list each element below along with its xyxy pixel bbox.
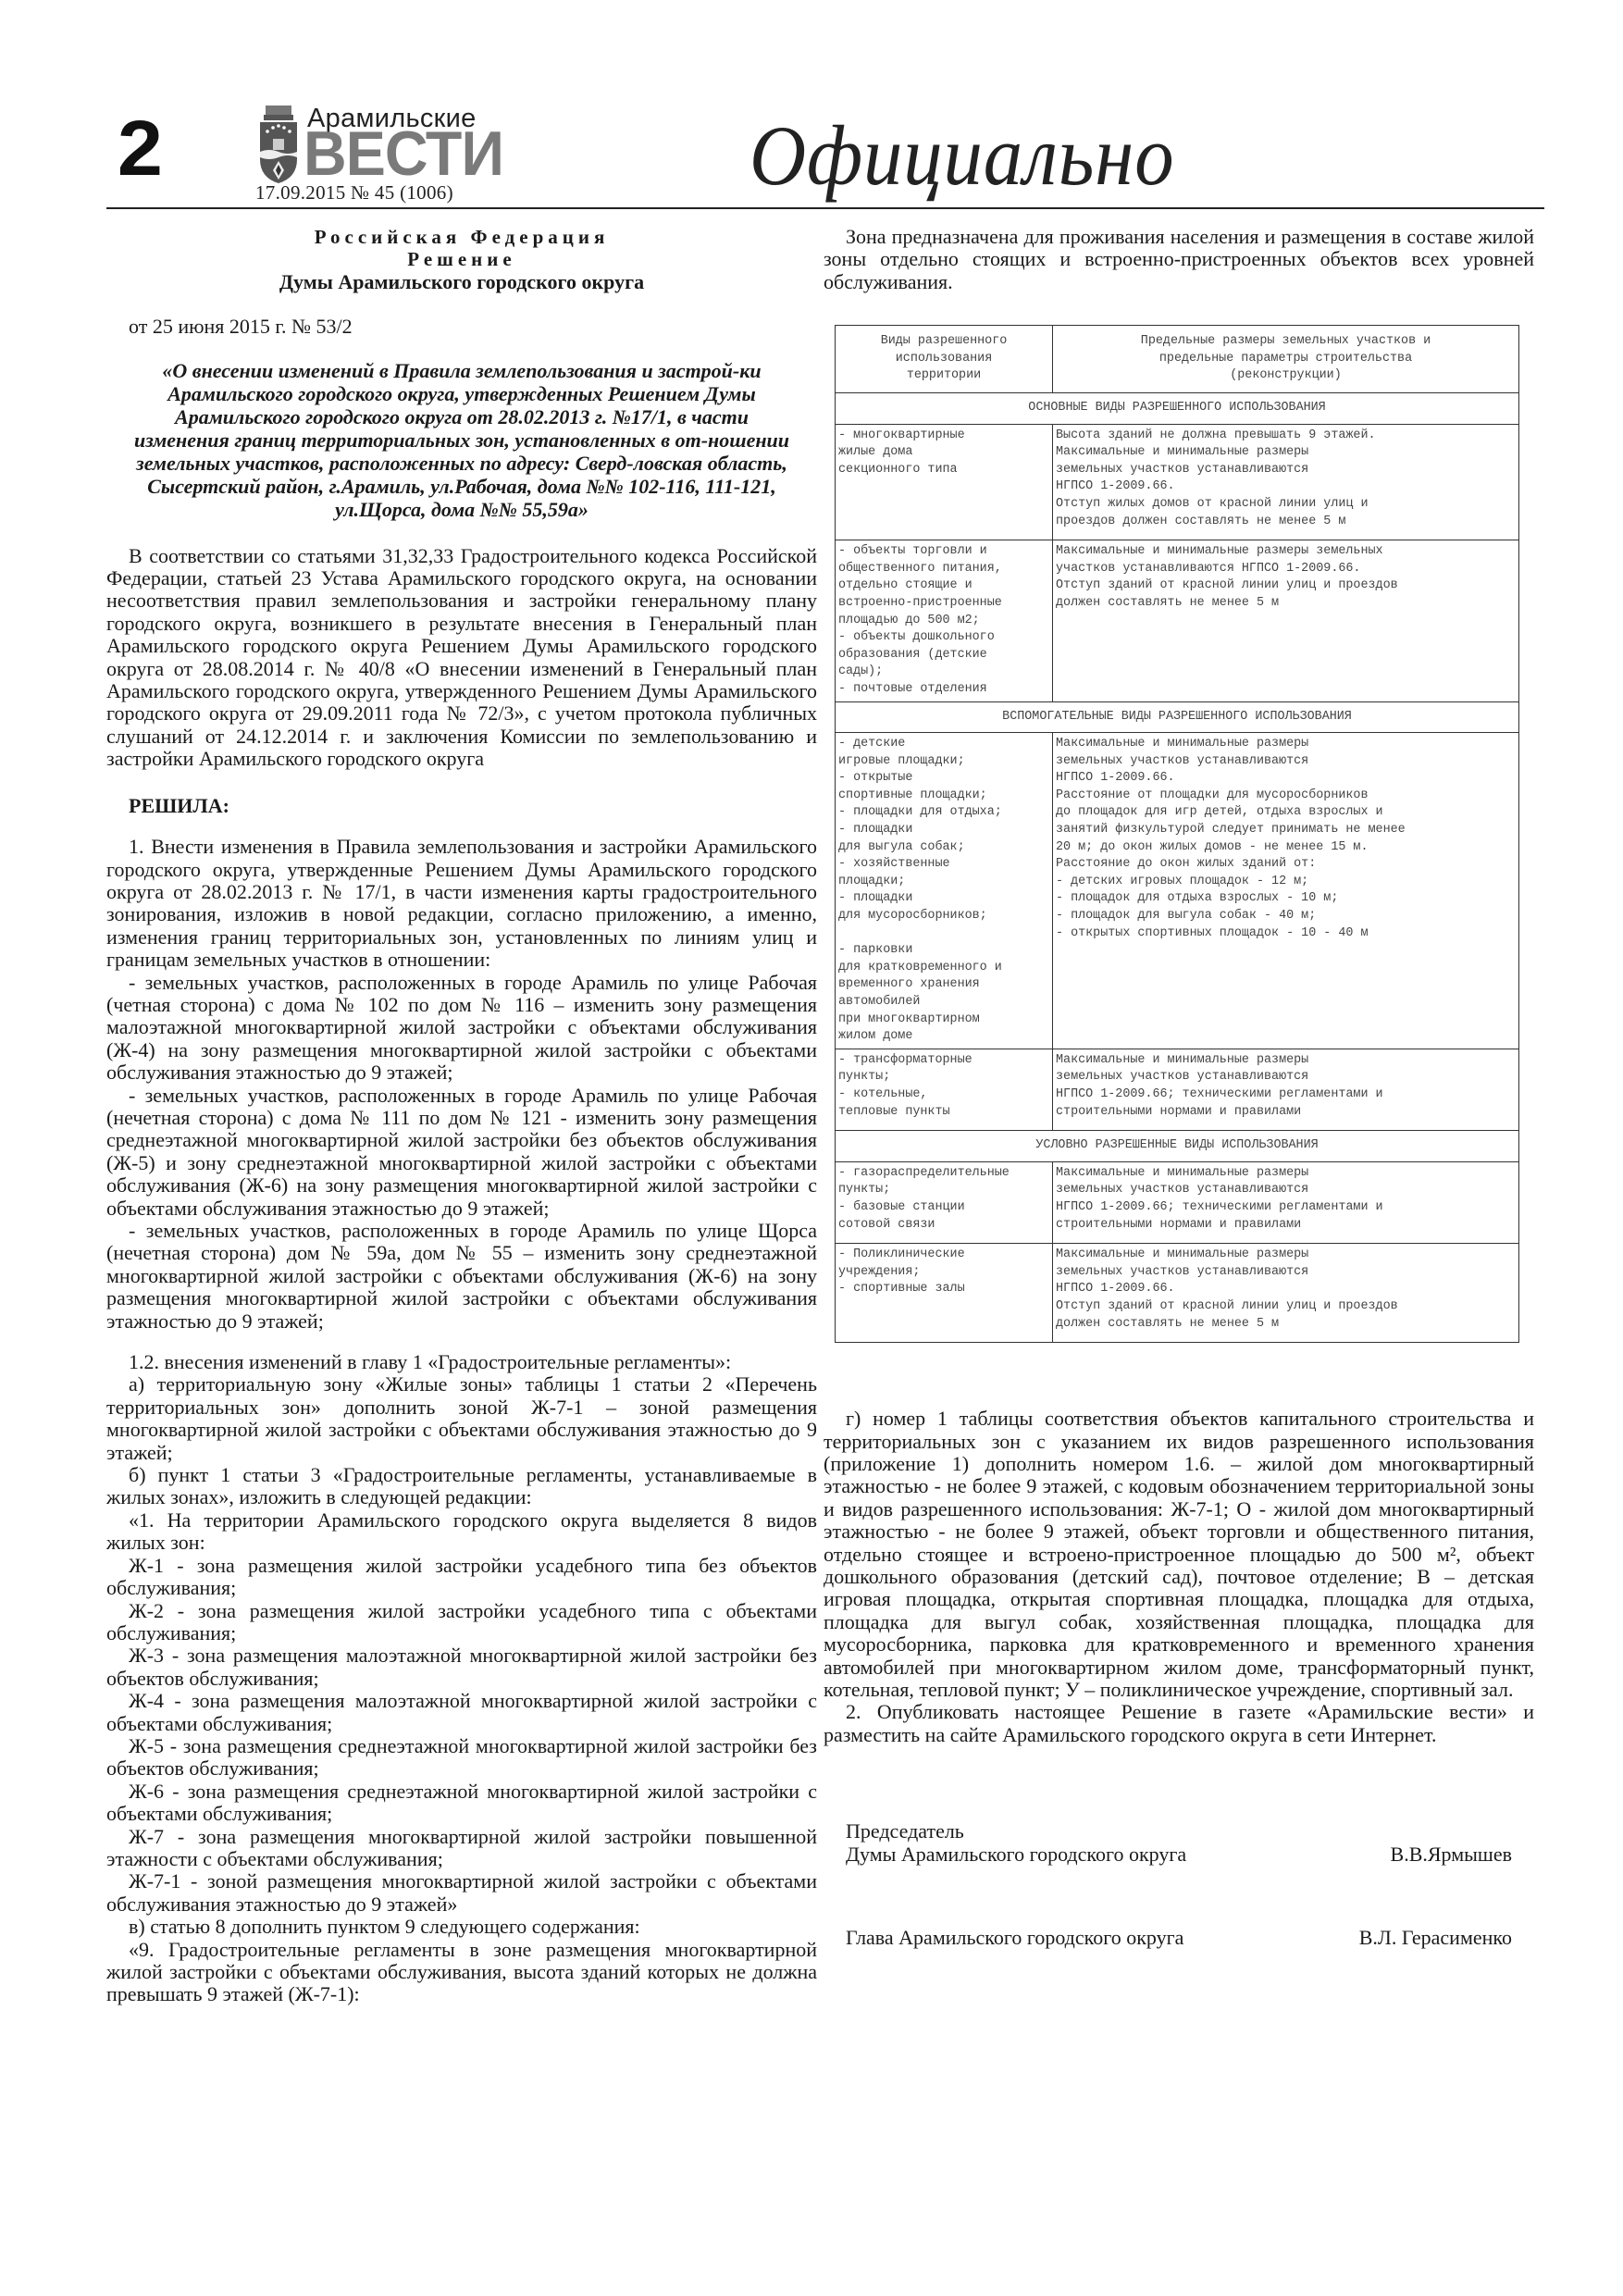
section-title: Официально (750, 109, 1174, 202)
item-a: а) территориальную зону «Жилые зоны» таб… (106, 1373, 817, 1464)
table-row: - объекты торговли и общественного питан… (836, 540, 1519, 701)
table-cell-use: - Поликлинические учреждения; - спортивн… (836, 1244, 1053, 1343)
table-cell-params: Максимальные и минимальные размеры земел… (1053, 1161, 1519, 1243)
table-cell-params: Максимальные и минимальные размеры земел… (1053, 1244, 1519, 1343)
table-section-row: ОСНОВНЫЕ ВИДЫ РАЗРЕШЕННОГО ИСПОЛЬЗОВАНИЯ (836, 393, 1519, 425)
table-row: - Поликлинические учреждения; - спортивн… (836, 1244, 1519, 1343)
left-column: Российская Федерация Решение Думы Арамил… (106, 226, 817, 2006)
header-duma: Думы Арамильского городского округа (106, 271, 817, 293)
table-row: - трансформаторные пункты; - котельные, … (836, 1049, 1519, 1130)
signature-title: Глава Арамильского городского округа (846, 1927, 1183, 1949)
signature-head: Глава Арамильского городского округа В.Л… (846, 1927, 1534, 1949)
zone-item: Ж-3 - зона размещения малоэтажной многок… (106, 1644, 817, 1690)
header-rule (106, 207, 1544, 209)
table-row: - многоквартирные жилые дома секционного… (836, 424, 1519, 540)
table-header-cell: Виды разрешенного использования территор… (836, 326, 1053, 393)
page-number: 2 (118, 109, 163, 187)
item-1-bullet: - земельных участков, расположенных в го… (106, 1085, 817, 1220)
table-cell-use: - детские игровые площадки; - открытые с… (836, 733, 1053, 1049)
signature-name: В.В.Ярмышев (1391, 1843, 1512, 1866)
preamble: В соответствии со статьями 31,32,33 Град… (106, 545, 817, 771)
item-v-text: «9. Градостроительные регламенты в зоне … (106, 1939, 817, 2006)
item-v: в) статью 8 дополнить пунктом 9 следующе… (106, 1916, 817, 1938)
table-section-row: ВСПОМОГАТЕЛЬНЫЕ ВИДЫ РАЗРЕШЕННОГО ИСПОЛЬ… (836, 701, 1519, 733)
resolved-heading: РЕШИЛА: (129, 795, 817, 817)
header-federation: Российская Федерация (106, 226, 817, 248)
item-1: 1. Внести изменения в Правила землепольз… (106, 836, 817, 971)
item-b: б) пункт 1 статьи 3 «Градостроительные р… (106, 1464, 817, 1509)
decree-title: «О внесении изменений в Правила землепол… (106, 359, 817, 521)
table-cell-params: Высота зданий не должна превышать 9 этаж… (1053, 424, 1519, 540)
zone-item: Ж-1 - зона размещения жилой застройки ус… (106, 1555, 817, 1600)
zone-item: Ж-5 - зона размещения среднеэтажной мног… (106, 1735, 817, 1781)
table-cell-params: Максимальные и минимальные размеры земел… (1053, 733, 1519, 1049)
zone-purpose: Зона предназначена для проживания населе… (824, 226, 1534, 293)
right-column: Зона предназначена для проживания населе… (824, 226, 1534, 1949)
zone-item: Ж-6 - зона размещения среднеэтажной мног… (106, 1781, 817, 1826)
table-cell-use: - газораспределительные пункты; - базовы… (836, 1161, 1053, 1243)
issue-date-number: 17.09.2015 № 45 (1006) (255, 181, 453, 205)
zone-item: Ж-2 - зона размещения жилой застройки ус… (106, 1600, 817, 1645)
coat-of-arms-icon (256, 104, 301, 185)
item-2: 2. Опубликовать настоящее Решение в газе… (824, 1701, 1534, 1746)
item-b-intro: «1. На территории Арамильского городског… (106, 1509, 817, 1555)
regulations-table: Виды разрешенного использования территор… (835, 325, 1519, 1343)
signature-name: В.Л. Герасименко (1359, 1927, 1512, 1949)
table-cell-params: Максимальные и минимальные размеры земел… (1053, 1049, 1519, 1130)
item-1-bullet: - земельных участков, расположенных в го… (106, 1220, 817, 1333)
table-header-cell: Предельные размеры земельных участков и … (1053, 326, 1519, 393)
signature-title: Председатель (846, 1820, 1534, 1843)
zone-item: Ж-7 - зона размещения многоквартирной жи… (106, 1826, 817, 1871)
header-decision: Решение (106, 248, 817, 270)
table-cell-use: - объекты торговли и общественного питан… (836, 540, 1053, 701)
table-section-title: ОСНОВНЫЕ ВИДЫ РАЗРЕШЕННОГО ИСПОЛЬЗОВАНИЯ (836, 393, 1519, 425)
table-row: - детские игровые площадки; - открытые с… (836, 733, 1519, 1049)
table-row: - газораспределительные пункты; - базовы… (836, 1161, 1519, 1243)
signature-chairman: Председатель Думы Арамильского городског… (846, 1820, 1534, 1866)
item-1-2: 1.2. внесения изменений в главу 1 «Градо… (106, 1351, 817, 1373)
item-1-bullet: - земельных участков, расположенных в го… (106, 972, 817, 1085)
table-cell-use: - многоквартирные жилые дома секционного… (836, 424, 1053, 540)
decree-number: от 25 июня 2015 г. № 53/2 (129, 316, 817, 338)
table-section-title: ВСПОМОГАТЕЛЬНЫЕ ВИДЫ РАЗРЕШЕННОГО ИСПОЛЬ… (836, 701, 1519, 733)
zone-item: Ж-4 - зона размещения малоэтажной многок… (106, 1690, 817, 1735)
table-section-row: УСЛОВНО РАЗРЕШЕННЫЕ ВИДЫ ИСПОЛЬЗОВАНИЯ (836, 1131, 1519, 1162)
table-cell-use: - трансформаторные пункты; - котельные, … (836, 1049, 1053, 1130)
table-section-title: УСЛОВНО РАЗРЕШЕННЫЕ ВИДЫ ИСПОЛЬЗОВАНИЯ (836, 1131, 1519, 1162)
table-header-row: Виды разрешенного использования территор… (836, 326, 1519, 393)
signature-title: Думы Арамильского городского округа (846, 1843, 1186, 1866)
zone-item: Ж-7-1 - зоной размещения многоквартирной… (106, 1870, 817, 1916)
item-g: г) номер 1 таблицы соответствия объектов… (824, 1408, 1534, 1701)
newspaper-name-main: ВЕСТИ (304, 122, 503, 185)
table-cell-params: Максимальные и минимальные размеры земел… (1053, 540, 1519, 701)
